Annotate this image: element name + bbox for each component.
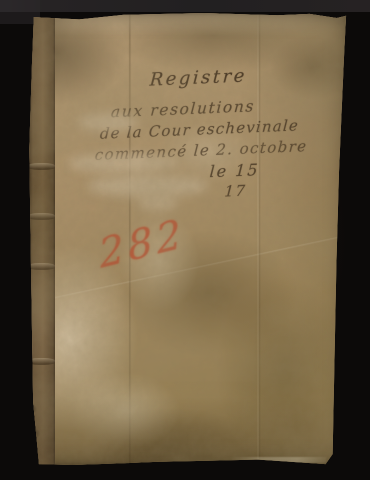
photo-background: Registre aux resolutions de la Cour esch… bbox=[0, 0, 370, 480]
wear-patch bbox=[138, 195, 178, 211]
manuscript-book-cover: Registre aux resolutions de la Cour esch… bbox=[28, 13, 348, 465]
wear-patch bbox=[78, 113, 138, 131]
spine-raised-band bbox=[28, 213, 55, 220]
spine-raised-band bbox=[28, 163, 55, 170]
wear-patch bbox=[68, 153, 178, 173]
wear-patch bbox=[88, 175, 208, 197]
spine-raised-band bbox=[28, 263, 55, 270]
